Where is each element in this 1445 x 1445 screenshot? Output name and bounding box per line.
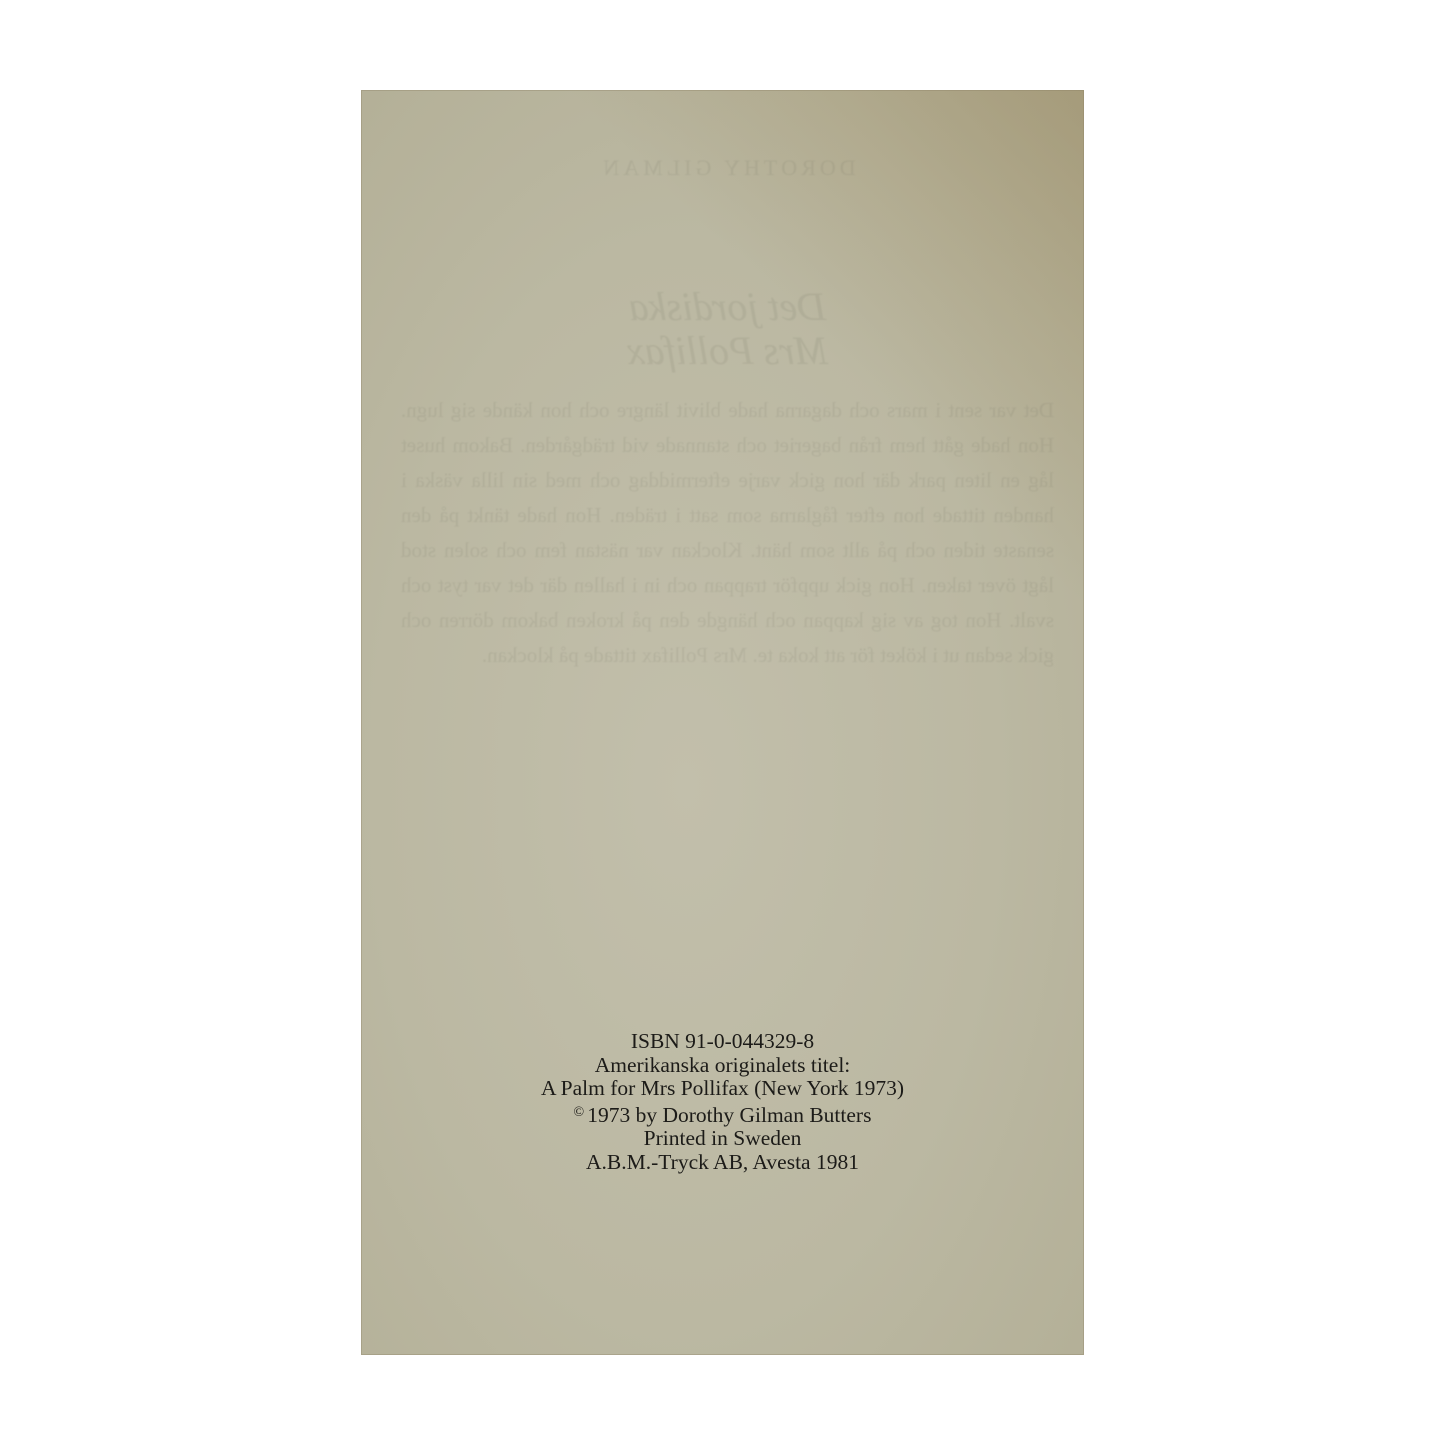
printed-in-line: Printed in Sweden xyxy=(361,1127,1084,1151)
copyright-icon: © xyxy=(574,1105,585,1120)
isbn-line: ISBN 91-0-044329-8 xyxy=(361,1030,1084,1054)
show-through-bleed: DOROTHY GILMAN Det jordiskaMrs Pollifax … xyxy=(401,150,1054,673)
copyright-line: ©1973 by Dorothy Gilman Butters xyxy=(361,1101,1084,1128)
original-title-label: Amerikanska originalets titel: xyxy=(361,1054,1084,1078)
imprint-block: ISBN 91-0-044329-8 Amerikanska originale… xyxy=(361,1030,1084,1174)
printer-line: A.B.M.-Tryck AB, Avesta 1981 xyxy=(361,1151,1084,1175)
original-title: A Palm for Mrs Pollifax (New York 1973) xyxy=(361,1077,1084,1101)
copyright-text: 1973 by Dorothy Gilman Butters xyxy=(587,1103,871,1127)
book-page: DOROTHY GILMAN Det jordiskaMrs Pollifax … xyxy=(361,90,1084,1355)
